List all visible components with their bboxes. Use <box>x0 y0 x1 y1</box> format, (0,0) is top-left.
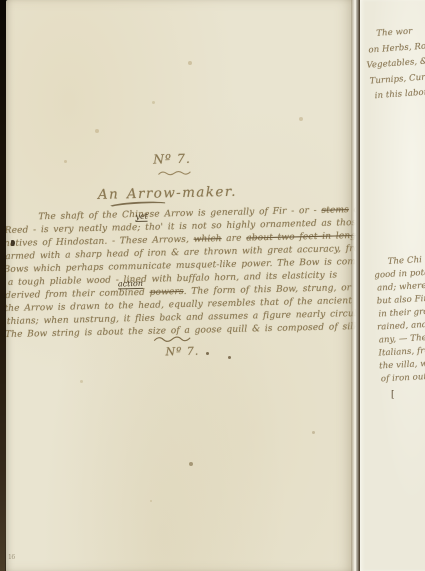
struck-text: powers <box>150 287 184 298</box>
manuscript-body: The shaft of the Chinese Arrow is genera… <box>6 0 349 4</box>
age-spot <box>299 117 303 121</box>
fragment-line: Italians, fro <box>378 346 425 359</box>
facing-page: The woron Herbs, RoVegetables, & onTurni… <box>360 0 425 571</box>
line-text: natives of Hindostan. - These Arrows, <box>6 234 194 248</box>
struck-text: stems <box>321 205 349 216</box>
fragment-line: of iron out <box>381 372 425 384</box>
inline-insertion: action <box>118 280 143 290</box>
fragment-line: in their growth <box>378 306 425 319</box>
title-flourish <box>110 200 166 207</box>
age-spot <box>95 129 99 133</box>
fragment-line: the villa, was <box>379 358 425 371</box>
fragment-line: Turnips, Cur <box>369 72 425 86</box>
struck-text: about two feet in length <box>246 230 356 243</box>
fragment-line: good in pota <box>374 268 425 281</box>
bracket-mark: [ <box>391 390 395 400</box>
margin-ink-mark <box>11 240 15 246</box>
age-spot <box>188 61 192 65</box>
age-spot <box>64 160 67 163</box>
page-fold-edge <box>351 0 360 571</box>
fragment-line: any, — The <box>379 333 425 345</box>
line-text: derived from their combined <box>6 288 150 301</box>
age-spot <box>189 462 193 466</box>
age-spot <box>228 356 231 359</box>
footer-flourish <box>153 334 197 344</box>
fragment-line: Vegetables, & on <box>366 55 425 70</box>
manuscript-page: Nº 7. An Arrow-maker. The shaft of the C… <box>6 0 356 571</box>
fragment-line: The Chi <box>387 255 422 267</box>
page-content: Nº 7. An Arrow-maker. The shaft of the C… <box>6 0 356 571</box>
inline-insertion: yet <box>135 213 148 222</box>
section-title: An Arrow-maker. <box>98 184 237 203</box>
footer-mark: Nº 7. <box>165 345 199 359</box>
fragment-line: but also Fire <box>377 294 425 307</box>
age-spot <box>206 352 209 355</box>
struck-text: which <box>194 234 222 245</box>
fragment-line: in this labori <box>374 87 425 101</box>
age-spot <box>312 431 315 434</box>
page-heading: Nº 7. <box>153 151 191 167</box>
heading-flourish <box>157 169 195 178</box>
line-text: . The form of this Bow, strung, or when <box>184 283 356 297</box>
line-text: are <box>221 233 246 244</box>
manuscript-photo: Nº 7. An Arrow-maker. The shaft of the C… <box>0 0 425 571</box>
fragment-line: and; where <box>377 281 425 294</box>
fragment-line: rained, and <box>377 320 425 333</box>
age-spot <box>152 101 155 104</box>
age-spot <box>80 380 83 383</box>
fragment-line: on Herbs, Ro <box>368 41 425 55</box>
page-corner-mark: 16 <box>8 554 15 561</box>
fragment-line: The wor <box>376 26 413 38</box>
